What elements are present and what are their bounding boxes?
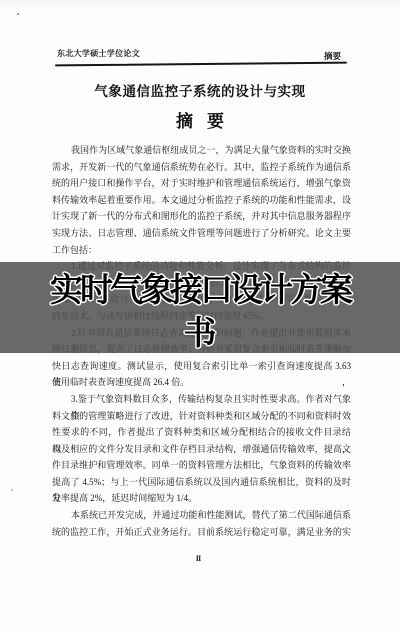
- abstract-heading-char: 摘: [176, 112, 193, 131]
- body-line: 统的监控工作，开始正式业务运行。目前系统运行稳定可靠，满足业务的实: [52, 524, 351, 541]
- body-line: 我国作为区域气象通信枢纽成员之一，为满足大量气象资料的实时交换: [52, 142, 351, 159]
- running-header-left: 东北大学硕士学位论文: [57, 48, 140, 59]
- watermark-overlay-title: 实时气象接口设计方案 书: [0, 268, 400, 354]
- abstract-heading: 摘要: [0, 107, 400, 132]
- body-line: 料传输效率起着重要作用。本文通过分析监控子系统的功能和性能需求，设: [52, 192, 351, 209]
- body-line: 工作包括：: [52, 242, 351, 259]
- body-line: 需求，开发新一代的气象通信系统势在必行。其中，监控子系统作为通信系: [52, 159, 351, 176]
- body-line: 发率提高 2%，延迟时间缩短为 1/4。: [52, 490, 351, 507]
- body-line: 快日志查询速度。测试显示，使用复合索引比单一索引查询速度提高 3.63 倍，: [52, 358, 351, 375]
- abstract-heading-char: 要: [207, 112, 224, 131]
- thesis-title: 气象通信监控子系统的设计与实现: [0, 80, 400, 100]
- body-line: 件目录维护和管理效率。同单一的资料管理方法相比，气象资料的传输效率: [52, 457, 351, 474]
- body-line: 实现方法、日志管理、通信系统文件管理等问题进行了分析研究。论文主要: [52, 225, 351, 242]
- running-header-right: 摘要: [324, 50, 341, 62]
- body-line: 料文件的管理策略进行了改进，针对资料种类和区域分配的不同和资料时效: [52, 408, 351, 425]
- body-line: 提高了 4.5%；与上一代国际通信系统以及国内通信系统相比，资料的及时分: [52, 474, 351, 491]
- body-line: 性要求的不同，作者提出了资料种类和区域分配相结合的接收文件目录结构，: [52, 424, 351, 441]
- watermark-line-2: 书: [0, 311, 400, 354]
- scanned-thesis-page: 东北大学硕士学位论文 摘要 气象通信监控子系统的设计与实现 摘要 我国作为区域气…: [0, 0, 400, 631]
- watermark-line-1: 实时气象接口设计方案: [0, 268, 400, 311]
- body-line: 计实现了新一代的分布式和图形化的监控子系统，并对其中信息服务器程序: [52, 208, 351, 225]
- body-line: 以及相应的文件分发目录和文件存档目录结构，增强通信传输效率，提高文: [52, 441, 351, 458]
- body-line: 本系统已开发完成，并通过功能和性能测试，替代了第二代国际通信系: [52, 507, 351, 524]
- body-line: 3.鉴于气象资料数目众多，传输结构复杂且实时性要求高。作者对气象资: [52, 391, 351, 408]
- body-line: 统的用户接口和操作平台，对于实时维护和管理通信系统运行，增强气象资: [52, 175, 351, 192]
- page-number: II: [186, 553, 210, 563]
- header-divider-line: [55, 62, 347, 67]
- scan-speck: [11, 489, 13, 491]
- scan-speck: [17, 13, 19, 15]
